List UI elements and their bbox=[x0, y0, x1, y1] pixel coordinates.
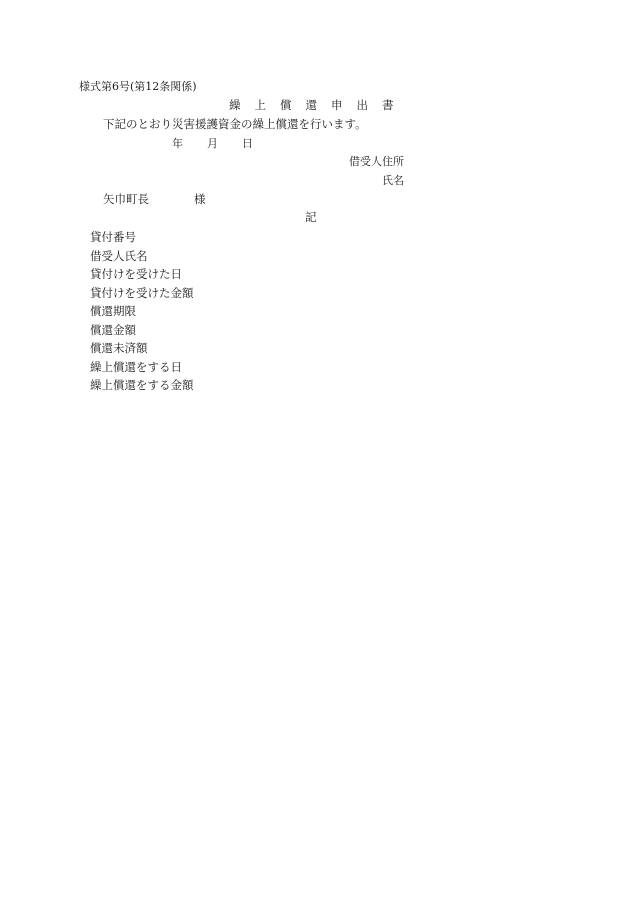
title-char: 繰 bbox=[229, 100, 241, 112]
day-label: 日 bbox=[242, 138, 253, 149]
item-list: 貸付番号 借受人氏名 貸付けを受けた日 貸付けを受けた金額 償還期限 償還金額 … bbox=[90, 230, 194, 397]
title-char: 還 bbox=[306, 100, 318, 112]
month-label: 月 bbox=[207, 138, 218, 149]
addressee-honorific: 様 bbox=[194, 194, 206, 206]
title-char: 申 bbox=[331, 100, 343, 112]
form-number: 様式第6号(第12条関係) bbox=[79, 81, 197, 92]
year-label: 年 bbox=[172, 138, 183, 149]
list-item: 繰上償還をする日 bbox=[90, 360, 194, 379]
list-item: 貸付けを受けた金額 bbox=[90, 286, 194, 305]
borrower-address-label: 借受人住所 bbox=[349, 156, 404, 167]
document-title: 繰上償還申出書 bbox=[229, 100, 394, 112]
list-item: 償還未済額 bbox=[90, 341, 194, 360]
list-item: 償還金額 bbox=[90, 323, 194, 342]
date-line: 年月日 bbox=[172, 138, 253, 149]
list-item: 借受人氏名 bbox=[90, 249, 194, 268]
list-item: 償還期限 bbox=[90, 304, 194, 323]
title-char: 償 bbox=[280, 100, 292, 112]
list-item: 貸付番号 bbox=[90, 230, 194, 249]
list-item: 繰上償還をする金額 bbox=[90, 378, 194, 397]
title-char: 書 bbox=[382, 100, 394, 112]
addressee: 矢巾町長様 bbox=[103, 194, 206, 206]
addressee-name: 矢巾町長 bbox=[103, 192, 149, 206]
title-char: 出 bbox=[357, 100, 369, 112]
borrower-name-label: 氏名 bbox=[382, 175, 404, 186]
list-item: 貸付けを受けた日 bbox=[90, 267, 194, 286]
intro-text: 下記のとおり災害援護資金の繰上償還を行います。 bbox=[103, 119, 367, 131]
ki-heading: 記 bbox=[305, 212, 317, 224]
title-char: 上 bbox=[255, 100, 267, 112]
